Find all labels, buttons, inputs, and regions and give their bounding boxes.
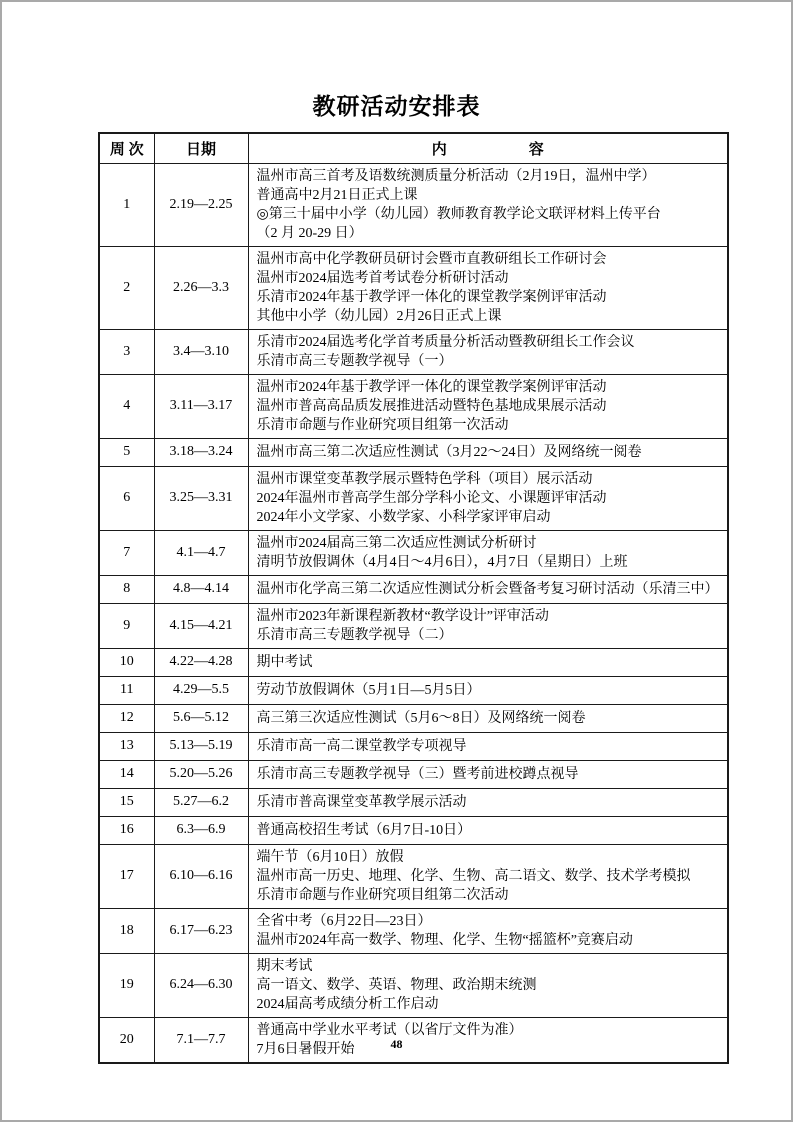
schedule-table: 周 次 日期 内 容 12.19—2.25温州市高三首考及语数统测质量分析活动（… [98,132,729,1064]
table-row: 63.25—3.31温州市课堂变革教学展示暨特色学科（项目）展示活动2024年温… [99,466,728,530]
date-cell: 4.22—4.28 [154,648,248,676]
page-number: 48 [2,1037,791,1052]
date-cell: 6.17—6.23 [154,908,248,953]
content-line: 乐清市普高课堂变革教学展示活动 [257,793,722,812]
content-line: 2024届高考成绩分析工作启动 [257,995,722,1014]
table-row: 33.4—3.10乐清市2024届选考化学首考质量分析活动暨教研组长工作会议乐清… [99,329,728,374]
table-row: 145.20—5.26乐清市高三专题教学视导（三）暨考前进校蹲点视导 [99,760,728,788]
date-cell: 6.3—6.9 [154,816,248,844]
date-cell: 3.4—3.10 [154,329,248,374]
content-cell: 温州市2024年基于教学评一体化的课堂教学案例评审活动温州市普高高品质发展推进活… [248,374,728,438]
table-row: 155.27—6.2乐清市普高课堂变革教学展示活动 [99,788,728,816]
table-row: 176.10—6.16端午节（6月10日）放假温州市高一历史、地理、化学、生物、… [99,844,728,908]
content-cell: 温州市2024届高三第二次适应性测试分析研讨清明节放假调休（4月4日～4月6日）… [248,530,728,575]
week-cell: 10 [99,648,154,676]
table-row: 53.18—3.24温州市高三第二次适应性测试（3月22～24日）及网络统一阅卷 [99,438,728,466]
table-row: 186.17—6.23全省中考（6月22日—23日）温州市2024年高一数学、物… [99,908,728,953]
content-cell: 普通高校招生考试（6月7日-10日） [248,816,728,844]
content-cell: 温州市化学高三第二次适应性测试分析会暨备考复习研讨活动（乐清三中） [248,575,728,603]
content-line: 温州市化学高三第二次适应性测试分析会暨备考复习研讨活动（乐清三中） [257,580,722,599]
table-row: 94.15—4.21温州市2023年新课程新教材“教学设计”评审活动乐清市高三专… [99,603,728,648]
table-row: 84.8—4.14温州市化学高三第二次适应性测试分析会暨备考复习研讨活动（乐清三… [99,575,728,603]
date-cell: 2.26—3.3 [154,246,248,329]
content-cell: 劳动节放假调休（5月1日—5月5日） [248,676,728,704]
header-content-left: 内 [432,138,447,159]
week-cell: 14 [99,760,154,788]
header-week: 周 次 [99,133,154,163]
content-line: 乐清市高一高二课堂教学专项视导 [257,737,722,756]
date-cell: 5.6—5.12 [154,704,248,732]
content-line: 温州市2024届高三第二次适应性测试分析研讨 [257,534,722,553]
week-cell: 3 [99,329,154,374]
week-cell: 1 [99,163,154,246]
header-content-right: 容 [529,138,544,159]
content-line: 普通高校招生考试（6月7日-10日） [257,821,722,840]
week-cell: 17 [99,844,154,908]
date-cell: 3.18—3.24 [154,438,248,466]
content-line: 全省中考（6月22日—23日） [257,912,722,931]
table-header: 周 次 日期 内 容 [99,133,728,163]
content-cell: 乐清市普高课堂变革教学展示活动 [248,788,728,816]
content-line: 温州市课堂变革教学展示暨特色学科（项目）展示活动 [257,470,722,489]
table-row: 104.22—4.28期中考试 [99,648,728,676]
week-cell: 7 [99,530,154,575]
week-cell: 15 [99,788,154,816]
content-line: ◎第三十届中小学（幼儿园）教师教育教学论文联评材料上传平台 [257,205,722,224]
content-line: 温州市2024届选考首考试卷分析研讨活动 [257,269,722,288]
content-cell: 高三第三次适应性测试（5月6～8日）及网络统一阅卷 [248,704,728,732]
content-line: 温州市普高高品质发展推进活动暨特色基地成果展示活动 [257,397,722,416]
content-line: 乐清市高三专题教学视导（一） [257,352,722,371]
date-cell: 3.25—3.31 [154,466,248,530]
table-row: 74.1—4.7温州市2024届高三第二次适应性测试分析研讨清明节放假调休（4月… [99,530,728,575]
week-cell: 16 [99,816,154,844]
content-line: 温州市高三第二次适应性测试（3月22～24日）及网络统一阅卷 [257,443,722,462]
content-line: 乐清市命题与作业研究项目组第二次活动 [257,886,722,905]
date-cell: 5.27—6.2 [154,788,248,816]
schedule-table-body: 12.19—2.25温州市高三首考及语数统测质量分析活动（2月19日，温州中学）… [99,163,728,1063]
week-cell: 8 [99,575,154,603]
content-cell: 温州市课堂变革教学展示暨特色学科（项目）展示活动2024年温州市普高学生部分学科… [248,466,728,530]
content-line: 普通高中2月21日正式上课 [257,186,722,205]
week-cell: 13 [99,732,154,760]
date-cell: 5.20—5.26 [154,760,248,788]
week-cell: 18 [99,908,154,953]
content-line: 2024年温州市普高学生部分学科小论文、小课题评审活动 [257,489,722,508]
content-line: 温州市2023年新课程新教材“教学设计”评审活动 [257,607,722,626]
content-cell: 温州市高中化学教研员研讨会暨市直教研组长工作研讨会温州市2024届选考首考试卷分… [248,246,728,329]
table-row: 135.13—5.19乐清市高一高二课堂教学专项视导 [99,732,728,760]
content-line: 高三第三次适应性测试（5月6～8日）及网络统一阅卷 [257,709,722,728]
content-line: 乐清市2024届选考化学首考质量分析活动暨教研组长工作会议 [257,333,722,352]
content-line: 2024年小文学家、小数学家、小科学家评审启动 [257,508,722,527]
content-line: （2 月 20-29 日） [257,224,722,243]
week-cell: 4 [99,374,154,438]
content-line: 温州市高三首考及语数统测质量分析活动（2月19日，温州中学） [257,167,722,186]
table-row: 125.6—5.12高三第三次适应性测试（5月6～8日）及网络统一阅卷 [99,704,728,732]
week-cell: 12 [99,704,154,732]
content-line: 乐清市命题与作业研究项目组第一次活动 [257,416,722,435]
page-title: 教研活动安排表 [2,88,791,121]
header-row: 周 次 日期 内 容 [99,133,728,163]
content-line: 乐清市2024年基于教学评一体化的课堂教学案例评审活动 [257,288,722,307]
content-line: 温州市2024年高一数学、物理、化学、生物“摇篮杯”竞赛启动 [257,931,722,950]
week-cell: 5 [99,438,154,466]
table-row: 114.29—5.5劳动节放假调休（5月1日—5月5日） [99,676,728,704]
content-line: 高一语文、数学、英语、物理、政治期末统测 [257,976,722,995]
date-cell: 3.11—3.17 [154,374,248,438]
content-line: 期中考试 [257,653,722,672]
header-content: 内 容 [248,133,728,163]
week-cell: 19 [99,953,154,1017]
table-row: 196.24—6.30期末考试高一语文、数学、英语、物理、政治期末统测2024届… [99,953,728,1017]
week-cell: 2 [99,246,154,329]
content-cell: 温州市高三第二次适应性测试（3月22～24日）及网络统一阅卷 [248,438,728,466]
date-cell: 6.10—6.16 [154,844,248,908]
week-cell: 11 [99,676,154,704]
content-cell: 期中考试 [248,648,728,676]
date-cell: 2.19—2.25 [154,163,248,246]
content-line: 温州市2024年基于教学评一体化的课堂教学案例评审活动 [257,378,722,397]
content-cell: 期末考试高一语文、数学、英语、物理、政治期末统测2024届高考成绩分析工作启动 [248,953,728,1017]
date-cell: 4.15—4.21 [154,603,248,648]
header-date: 日期 [154,133,248,163]
document-page: 教研活动安排表 周 次 日期 内 容 12.19—2.25温州市高三首考及语数统… [0,0,793,1122]
content-line: 乐清市高三专题教学视导（二） [257,626,722,645]
table-row: 22.26—3.3温州市高中化学教研员研讨会暨市直教研组长工作研讨会温州市202… [99,246,728,329]
content-line: 期末考试 [257,957,722,976]
content-cell: 端午节（6月10日）放假温州市高一历史、地理、化学、生物、高二语文、数学、技术学… [248,844,728,908]
table-row: 166.3—6.9普通高校招生考试（6月7日-10日） [99,816,728,844]
date-cell: 4.29—5.5 [154,676,248,704]
content-line: 温州市高一历史、地理、化学、生物、高二语文、数学、技术学考模拟 [257,867,722,886]
content-line: 劳动节放假调休（5月1日—5月5日） [257,681,722,700]
date-cell: 4.1—4.7 [154,530,248,575]
content-line: 端午节（6月10日）放假 [257,848,722,867]
content-line: 乐清市高三专题教学视导（三）暨考前进校蹲点视导 [257,765,722,784]
date-cell: 6.24—6.30 [154,953,248,1017]
date-cell: 5.13—5.19 [154,732,248,760]
table-row: 43.11—3.17温州市2024年基于教学评一体化的课堂教学案例评审活动温州市… [99,374,728,438]
content-cell: 温州市高三首考及语数统测质量分析活动（2月19日，温州中学）普通高中2月21日正… [248,163,728,246]
week-cell: 6 [99,466,154,530]
content-cell: 乐清市高三专题教学视导（三）暨考前进校蹲点视导 [248,760,728,788]
table-row: 12.19—2.25温州市高三首考及语数统测质量分析活动（2月19日，温州中学）… [99,163,728,246]
week-cell: 9 [99,603,154,648]
content-line: 其他中小学（幼儿园）2月26日正式上课 [257,307,722,326]
content-cell: 乐清市高一高二课堂教学专项视导 [248,732,728,760]
content-cell: 温州市2023年新课程新教材“教学设计”评审活动乐清市高三专题教学视导（二） [248,603,728,648]
content-cell: 乐清市2024届选考化学首考质量分析活动暨教研组长工作会议乐清市高三专题教学视导… [248,329,728,374]
date-cell: 4.8—4.14 [154,575,248,603]
content-cell: 全省中考（6月22日—23日）温州市2024年高一数学、物理、化学、生物“摇篮杯… [248,908,728,953]
content-line: 温州市高中化学教研员研讨会暨市直教研组长工作研讨会 [257,250,722,269]
content-line: 清明节放假调休（4月4日～4月6日），4月7日（星期日）上班 [257,553,722,572]
